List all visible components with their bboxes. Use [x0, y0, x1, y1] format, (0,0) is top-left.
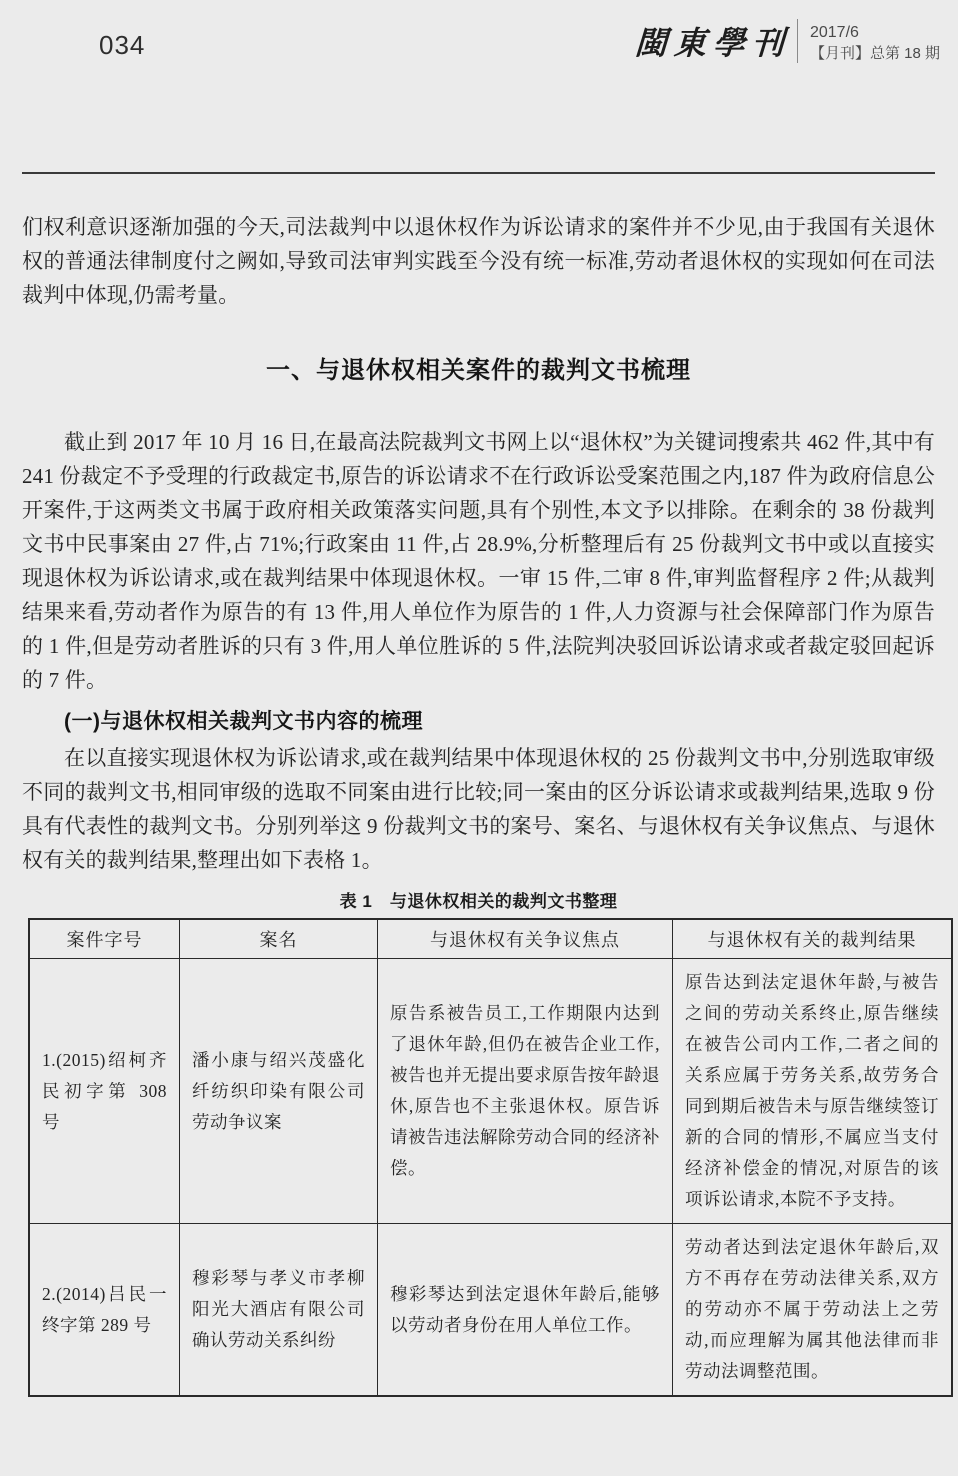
section-heading: 一、与退休权相关案件的裁判文书梳理: [22, 350, 935, 385]
cell-case-number: 1.(2015)绍柯齐民初字第 308 号: [29, 959, 180, 1224]
cell-judgment-result: 劳动者达到法定退休年龄后,双方不再存在劳动法律关系,双方的劳动亦不属于劳动法上之…: [673, 1224, 953, 1397]
masthead-divider: [797, 19, 798, 63]
issue-number: 【月刊】总第 18 期: [810, 44, 940, 64]
journal-logo: 閩東學刊: [634, 18, 792, 64]
judgment-documents-table: 案件字号 案名 与退休权有关争议焦点 与退休权有关的裁判结果 1.(2015)绍…: [28, 918, 953, 1397]
cell-case-name: 穆彩琴与孝义市孝柳阳光大酒店有限公司确认劳动关系纠纷: [180, 1224, 378, 1397]
cell-case-number: 2.(2014)吕民一终字第 289 号: [29, 1224, 180, 1397]
table-row-case-1: 1.(2015)绍柯齐民初字第 308 号 潘小康与绍兴茂盛化纤纺织印染有限公司…: [29, 959, 952, 1224]
col-header-judgment-result: 与退休权有关的裁判结果: [673, 919, 953, 959]
page-header: 034 閩東學刊 2017/6 【月刊】总第 18 期: [0, 0, 958, 172]
table-header-row: 案件字号 案名 与退休权有关争议焦点 与退休权有关的裁判结果: [29, 919, 952, 959]
table-body: 1.(2015)绍柯齐民初字第 308 号 潘小康与绍兴茂盛化纤纺织印染有限公司…: [29, 959, 952, 1397]
table-row-case-2: 2.(2014)吕民一终字第 289 号 穆彩琴与孝义市孝柳阳光大酒店有限公司确…: [29, 1224, 952, 1397]
issue-info-block: 2017/6 【月刊】总第 18 期: [810, 18, 940, 64]
col-header-case-name: 案名: [180, 919, 378, 959]
cell-judgment-result: 原告达到法定退休年龄,与被告之间的劳动关系终止,原告继续在被告公司内工作,二者之…: [673, 959, 953, 1224]
table-head: 案件字号 案名 与退休权有关争议焦点 与退休权有关的裁判结果: [29, 919, 952, 959]
page-number: 034: [99, 30, 145, 61]
col-header-case-number: 案件字号: [29, 919, 180, 959]
col-header-dispute-focus: 与退休权有关争议焦点: [378, 919, 673, 959]
cell-dispute-focus: 穆彩琴达到法定退休年龄后,能够以劳动者身份在用人单位工作。: [378, 1224, 673, 1397]
paragraph-statistics: 截止到 2017 年 10 月 16 日,在最高法院裁判文书网上以“退休权”为关…: [22, 425, 935, 697]
journal-page: 034 閩東學刊 2017/6 【月刊】总第 18 期 们权利意识逐渐加强的今天…: [0, 0, 958, 1476]
paragraph-intro: 们权利意识逐渐加强的今天,司法裁判中以退休权作为诉讼请求的案件并不少见,由于我国…: [22, 210, 935, 312]
article-body: 们权利意识逐渐加强的今天,司法裁判中以退休权作为诉讼请求的案件并不少见,由于我国…: [22, 174, 935, 1397]
paragraph-selection: 在以直接实现退休权为诉讼请求,或在裁判结果中体现退休权的 25 份裁判文书中,分…: [22, 741, 935, 877]
table-caption: 表 1 与退休权相关的裁判文书整理: [22, 887, 935, 912]
cell-case-name: 潘小康与绍兴茂盛化纤纺织印染有限公司劳动争议案: [180, 959, 378, 1224]
subsection-heading: (一)与退休权相关裁判文书内容的梳理: [22, 705, 935, 739]
cell-dispute-focus: 原告系被告员工,工作期限内达到了退休年龄,但仍在被告企业工作,被告也并无提出要求…: [378, 959, 673, 1224]
journal-masthead: 閩東學刊 2017/6 【月刊】总第 18 期: [635, 18, 940, 64]
issue-date: 2017/6: [810, 22, 940, 44]
